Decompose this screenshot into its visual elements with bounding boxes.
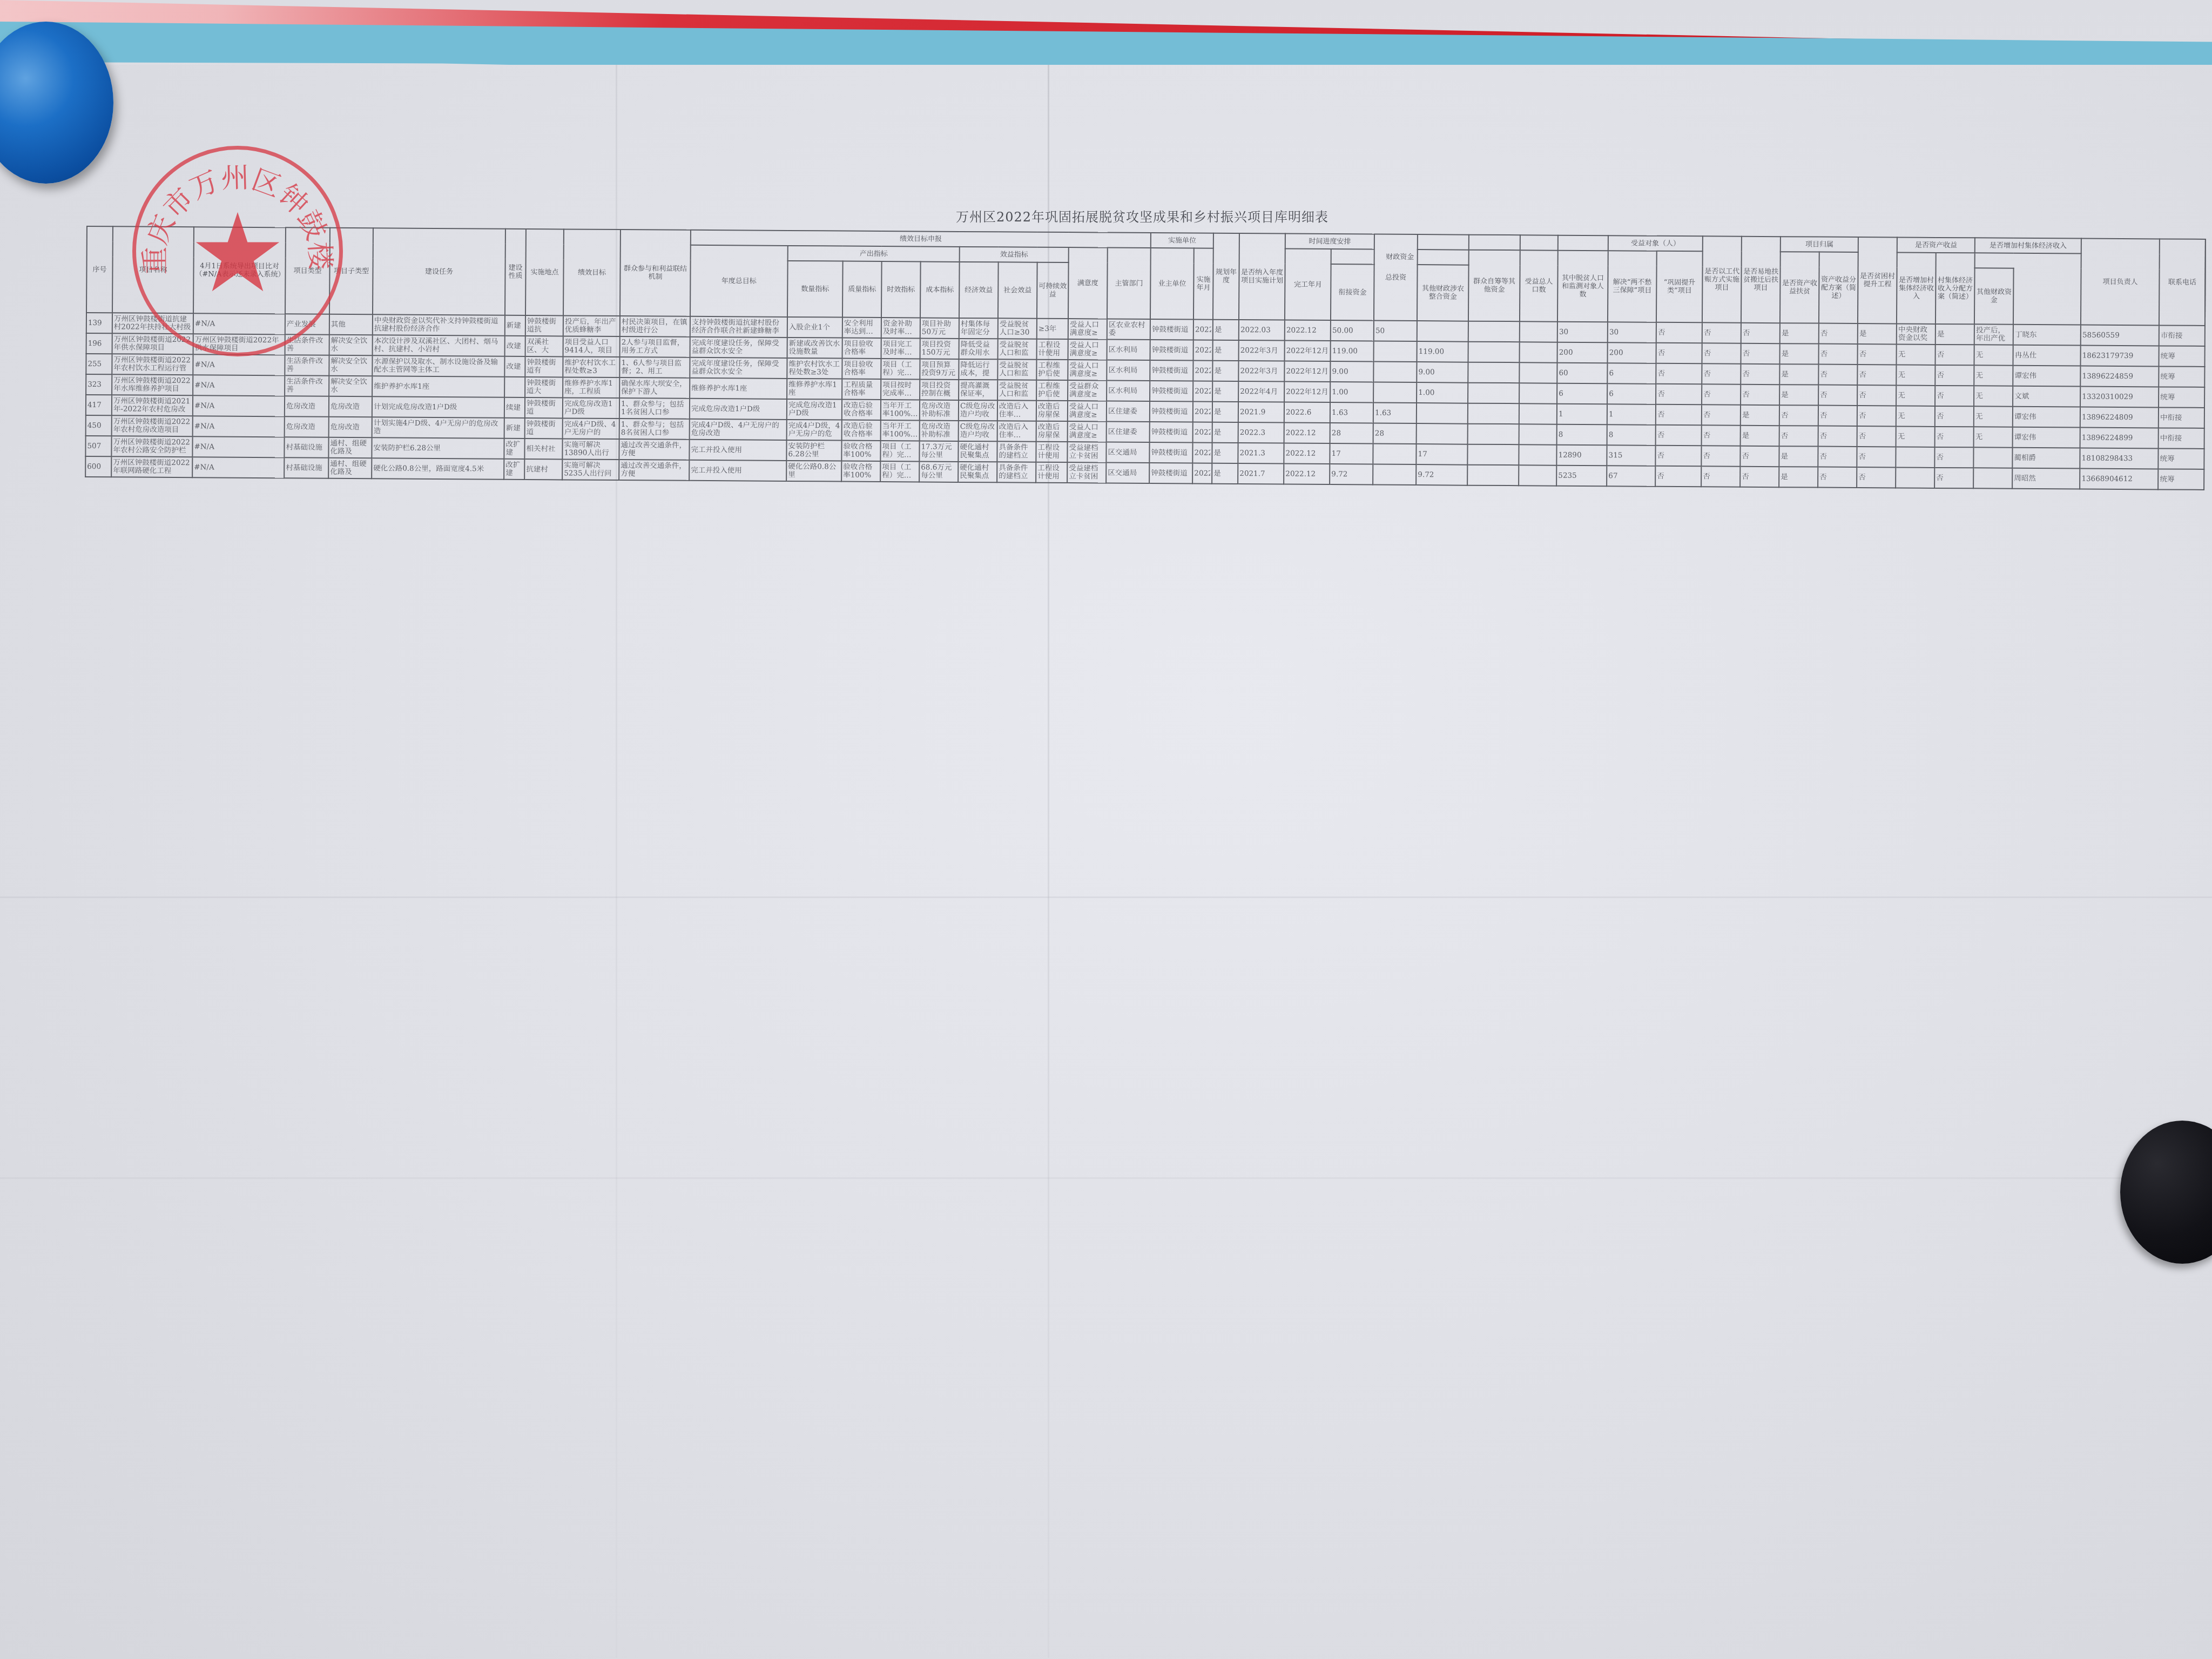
- cell-phone: 18623179739: [2081, 346, 2159, 367]
- cell-text: 项目（工程）完成及: [882, 443, 918, 459]
- cell-text: 8: [1609, 431, 1654, 440]
- cell-text: 相关村社: [526, 444, 561, 453]
- cell-cost: 17.3万元每公里: [919, 441, 958, 461]
- cell-text: 谭宏伟: [2014, 413, 2079, 421]
- cell-text: 通过改善交通条件，方便: [621, 441, 687, 458]
- cell-text: 维修养护水库1座，工程质: [564, 379, 618, 396]
- cell-text: 项目验收合格率: [844, 361, 879, 377]
- cell-nature: 续建: [504, 397, 525, 418]
- cell-remark: 统筹: [2159, 366, 2204, 387]
- cell-annual-goal: 完工并投入使用: [689, 460, 786, 481]
- cell-collective-plan: 投产后，年出产优: [1974, 324, 2013, 345]
- cell-text: 1、群众参与；包括8名贫困人口参: [621, 421, 688, 437]
- cell-other-fiscal: [1468, 383, 1519, 404]
- cell-work-relief: 否: [1656, 343, 1702, 364]
- cell-end: 2022.12: [1284, 423, 1330, 444]
- cell-text: 9.00: [1418, 368, 1466, 377]
- cell-text: 否: [1743, 329, 1778, 337]
- cell-end: 2022年12月: [1285, 341, 1331, 362]
- cell-owner: 钟鼓楼街道: [1150, 319, 1193, 340]
- cell-text: 否: [1742, 452, 1778, 460]
- cell-text: [1469, 475, 1517, 476]
- cell-direct: [1373, 464, 1416, 485]
- cell-text: 改造后房屋保: [1038, 423, 1066, 440]
- cell-total-people: 1: [1557, 404, 1607, 425]
- cell-economic: 村集体每年固定分: [959, 318, 998, 339]
- cell-text: 完成年度建设任务，保障受益群众饮水安全: [691, 360, 785, 376]
- cell-economic: C级危房改造户均收: [959, 400, 997, 421]
- cell-goal: 完成危房改造1户D级: [563, 397, 619, 419]
- cell-text: 13320310029: [2082, 393, 2157, 401]
- cell-annual-goal: 完成4户D级、4户无房户的危房改造: [690, 419, 787, 440]
- cell-timeliness: 项目完工及时率100%: [881, 338, 920, 359]
- cell-sustainable: 改造后房屋保: [1036, 401, 1068, 421]
- cell-timeliness: 项目按时完成率100%: [881, 379, 920, 400]
- col-header-village-improve: 是否贫困村提升工程: [1858, 237, 1897, 323]
- cell-self-raised: [1520, 321, 1557, 342]
- cell-text: 受益脱贫人口和监: [1000, 341, 1035, 357]
- cell-text: 否: [1743, 349, 1778, 358]
- cell-text: 否: [1858, 474, 1894, 482]
- cell-text: 钟鼓楼街道: [1151, 428, 1191, 436]
- cell-text: 受益人口满意度≥: [1070, 321, 1105, 337]
- cell-asset-plan: 无: [1896, 406, 1935, 426]
- cell-quality: 验收合格率100%: [841, 461, 880, 482]
- cell-goal: 维修养护水库1座，工程质: [563, 377, 619, 398]
- cell-integrated: 1.00: [1417, 382, 1468, 403]
- cell-subtype: 危房改造: [329, 417, 372, 437]
- cell-start: 2022.03: [1239, 320, 1285, 341]
- group-header-project-attr: 项目归属: [1781, 237, 1858, 252]
- cell-text: 村基础设施: [286, 443, 327, 451]
- cell-text: 否: [1781, 412, 1817, 420]
- cell-manager: 谭宏伟: [2013, 427, 2080, 448]
- cell-text: 无: [1898, 350, 1934, 359]
- cell-integrated: 9.00: [1417, 362, 1468, 383]
- cell-text: 钟鼓楼街道: [1151, 449, 1191, 457]
- cell-text: 钟鼓楼街道: [527, 420, 561, 436]
- cell-text: 新建: [507, 321, 524, 329]
- col-header-dept: 主管部门: [1107, 248, 1151, 319]
- col-header-timeliness: 时效指标: [881, 261, 921, 318]
- cell-text: 完成4户D级、4户无房户的: [564, 420, 618, 437]
- cell-collective-plan: 无: [1974, 427, 2013, 447]
- cell-quality: 改造后验收合格率: [842, 420, 881, 441]
- cell-text: 2022.6: [1286, 408, 1328, 416]
- cell-type: 村基础设施: [284, 437, 328, 458]
- cell-satisfaction: 受益群众满意度≥: [1068, 380, 1107, 401]
- cell-text: 2022年12月: [1286, 367, 1328, 375]
- cell-is-asset: 否: [1857, 426, 1896, 447]
- cell-task: 维护养护水库1座: [372, 376, 504, 397]
- group-header-fiscal: 财政资金: [1331, 249, 1469, 265]
- cell-text: 否: [1859, 412, 1894, 420]
- cell-text: 否: [1820, 412, 1856, 420]
- cell-is-asset: 否: [1857, 385, 1896, 406]
- cell-text: 6: [1609, 390, 1654, 399]
- cell-goal: 投产后，年出产优质蜂糖李: [563, 315, 620, 336]
- cell-seq: 255: [86, 354, 112, 374]
- cell-text: 2022: [1195, 387, 1211, 395]
- col-header-type: 项目类型: [285, 227, 330, 314]
- cell-text: 否: [1658, 328, 1701, 336]
- cell-text: 否: [1657, 472, 1700, 480]
- cell-text: 蔺相爵: [2014, 454, 2079, 462]
- cell-end: 2022.12: [1284, 443, 1330, 464]
- cell-seq: 507: [85, 436, 111, 456]
- col-header-in-plan: 是否纳入年度项目实施计划: [1239, 233, 1285, 320]
- cell-is-asset: 否: [1857, 447, 1896, 467]
- cell-text: 受益脱贫人口和监: [999, 382, 1035, 398]
- col-header-mechanism: 群众参与和利益联结机制: [620, 230, 691, 316]
- cell-text: 2022: [1195, 449, 1211, 457]
- cell-text: 万州区钟鼓楼街道2022年供水保障项目: [114, 335, 192, 352]
- cell-text: 钟鼓楼街道: [1151, 387, 1191, 395]
- cell-text: 万州区钟鼓楼街道抗建村2022年扶持壮大村级: [114, 315, 192, 332]
- cell-text: 1: [1559, 410, 1606, 419]
- cell-text: 区交通局: [1108, 469, 1148, 477]
- cell-quantity: 入股企业1个: [787, 317, 842, 338]
- cell-relocation: 否: [1701, 446, 1740, 466]
- cell-task: 安装防护栏6.28公里: [372, 437, 504, 458]
- cell-text: 通过改善交通条件，方便: [621, 462, 687, 478]
- cell-text: 维护农村饮水工程处数≥3: [564, 359, 618, 375]
- cell-text: 68.6万元每公里: [921, 463, 956, 480]
- cell-text: 解决安全饮水: [331, 358, 370, 374]
- cell-text: 维护农村饮水工程处数≥3处: [788, 360, 840, 377]
- cell-text: 无: [1898, 392, 1933, 400]
- cell-text: 600: [87, 463, 110, 471]
- cell-sustainable: 工程设计使用: [1036, 462, 1067, 483]
- cell-text: 中央财政资金以奖代补支持钟鼓楼街道抗建村股份经济合作: [374, 316, 503, 333]
- cell-text: 2021.7: [1239, 470, 1282, 478]
- cell-integrated: [1417, 403, 1468, 424]
- cell-name: 万州区钟鼓楼街道抗建村2022年扶持壮大村级: [112, 313, 193, 334]
- cell-is-asset: 是: [1858, 323, 1897, 344]
- cell-remark: 中衔接: [2159, 428, 2204, 449]
- cell-text: 验收合格率100%: [843, 443, 879, 459]
- cell-text: 钟鼓楼街道: [1151, 408, 1191, 416]
- cell-self-raised: [1519, 362, 1557, 383]
- cell-text: 否: [1820, 432, 1856, 440]
- cell-mechanism: 1、群众参与；包括1名贫困人口参: [619, 398, 690, 419]
- cell-text: 是: [1937, 330, 1973, 338]
- cell-manager: 冉丛仕: [2013, 345, 2081, 366]
- cell-text: 否: [1937, 453, 1972, 461]
- cell-text: 28: [1332, 429, 1372, 437]
- cell-satisfaction: 受益建档立卡贫困: [1067, 442, 1106, 462]
- cell-text: 323: [87, 381, 110, 389]
- cell-total-people: 5235: [1556, 466, 1607, 487]
- cell-text: 项目验收合格率: [844, 340, 880, 356]
- col-header-owner: 业主单位: [1150, 248, 1194, 319]
- cell-owner: 钟鼓楼街道: [1150, 360, 1193, 381]
- cell-text: 450: [87, 422, 110, 430]
- cell-text: 维护养护水库1座: [374, 382, 503, 391]
- cell-integrated: [1417, 423, 1468, 444]
- cell-social: 受益脱贫人口和监: [997, 359, 1036, 380]
- cell-text: 硬化通村民聚集点: [960, 464, 995, 480]
- cell-text: 双溪社区、大: [527, 338, 562, 354]
- cell-text: 是: [1782, 350, 1817, 358]
- col-header-phone: 联系电话: [2159, 239, 2206, 326]
- cell-satisfaction: 受益人口满意度≥: [1068, 421, 1107, 442]
- cell-remark: 统筹: [2159, 346, 2205, 367]
- cell-text: 否: [1703, 452, 1739, 460]
- col-header-two-guarantees: 解决“两不愁三保障”项目: [1608, 251, 1657, 322]
- cell-text: 受益群众满意度≥: [1069, 382, 1105, 399]
- cell-text: 是: [1781, 370, 1817, 379]
- cell-text: 否: [1704, 329, 1739, 337]
- cell-text: 村基础设施: [286, 464, 327, 472]
- cell-integrated: 17: [1416, 444, 1467, 465]
- cell-text: 1.63: [1332, 409, 1372, 417]
- cell-text: 完成危房改造1户D级: [564, 400, 618, 416]
- cell-timeliness: 项目（工程）完成及: [880, 461, 919, 482]
- cell-text: 否: [1703, 390, 1739, 399]
- cell-other-fiscal: [1468, 403, 1519, 424]
- cell-text: 否: [1742, 370, 1778, 378]
- cell-text: 否: [1781, 432, 1817, 440]
- cell-total-people: 30: [1557, 322, 1608, 343]
- cell-dept: 区农业农村委: [1107, 319, 1150, 340]
- cell-text: 8: [1559, 430, 1606, 439]
- cell-quality: 项目验收合格率: [842, 359, 881, 379]
- cell-text: 2022年12月: [1286, 347, 1329, 355]
- cell-is-collective: 否: [1935, 427, 1974, 447]
- cell-plan-year: 2022: [1193, 422, 1212, 443]
- cell-text: 否: [1657, 390, 1700, 398]
- cell-text: 无: [1898, 412, 1933, 420]
- cell-consolidate: 是: [1780, 323, 1819, 343]
- cell-plan-year: 2022: [1192, 463, 1212, 484]
- cell-collective-plan: 无: [1974, 365, 2013, 386]
- cell-mechanism: 通过改善交通条件，方便: [619, 439, 689, 460]
- cell-is-collective: 否: [1935, 406, 1974, 427]
- cell-text: 1.63: [1375, 409, 1415, 417]
- cell-cost: 项目补助50万元: [920, 318, 959, 338]
- cell-asset-plan: 无: [1896, 365, 1935, 385]
- cell-in-plan: 是: [1212, 463, 1238, 484]
- cell-two-guarantees: 是: [1741, 426, 1779, 446]
- cell-asset-plan: 无: [1896, 385, 1935, 406]
- cell-other-fiscal: [1467, 465, 1519, 486]
- col-header-social: 社会效益: [998, 262, 1037, 318]
- cell-manager: 蔺相爵: [2013, 448, 2080, 469]
- cell-timeliness: 项目（工程）完成及: [881, 359, 920, 379]
- cell-text: [1469, 393, 1518, 394]
- cell-text: 项目完工及时率100%: [883, 340, 919, 356]
- cell-relocation: 否: [1702, 322, 1741, 343]
- cell-text: 改建: [507, 342, 524, 350]
- cell-location: 钟鼓楼街道大: [525, 377, 563, 397]
- cell-mechanism: 通过改善交通条件，方便: [619, 460, 689, 481]
- cell-end: 2022年12月: [1284, 361, 1330, 382]
- cell-nature: 改扩建: [504, 459, 524, 480]
- cell-consolidate: 是: [1779, 385, 1818, 405]
- cell-text: 否: [1658, 349, 1701, 357]
- cell-text: 255: [87, 360, 110, 368]
- cell-village-improve: 否: [1818, 447, 1857, 467]
- cell-total: 1.00: [1330, 382, 1373, 402]
- cell-text: 续建: [506, 403, 523, 412]
- cell-other-fiscal: [1468, 362, 1519, 383]
- cell-economic: 硬化通村民聚集点: [958, 462, 997, 482]
- cell-direct: [1373, 382, 1417, 403]
- cell-compare: 万州区钟鼓楼街道2022年供水保障项目: [193, 334, 285, 355]
- col-header-collective-plan: 村集体经济收入分配方案（简述）: [1935, 253, 1975, 324]
- cell-poor-people: 1: [1607, 404, 1656, 425]
- cell-work-relief: 否: [1655, 446, 1701, 467]
- cell-quantity: 硬化公路0.8公里: [786, 461, 841, 482]
- cell-text: 万州区钟鼓楼街道2022年水库维修养护项目: [113, 376, 191, 393]
- cell-type: 危房改造: [285, 416, 329, 437]
- cell-text: 119.00: [1419, 348, 1467, 356]
- cell-nature: 改扩建: [504, 439, 524, 459]
- cell-text: 区交通局: [1108, 448, 1148, 456]
- cell-text: 区水利局: [1108, 387, 1148, 395]
- cell-subtype: 解决安全饮水: [329, 335, 373, 355]
- cell-text: 是: [1214, 408, 1237, 416]
- cell-annual-goal: 完成危房改造1户D级: [690, 399, 787, 420]
- cell-text: 中衔接: [2160, 414, 2203, 422]
- cell-text: 67: [1608, 472, 1654, 481]
- cell-text: 是: [1782, 329, 1817, 338]
- cell-text: 5235: [1558, 471, 1605, 480]
- col-header-task: 建设任务: [373, 228, 505, 315]
- cell-end: 2022.12: [1284, 464, 1330, 485]
- cell-text: 315: [1609, 451, 1654, 460]
- cell-plan-year: 2022: [1193, 320, 1213, 340]
- cell-in-plan: 是: [1213, 340, 1239, 361]
- cell-is-collective: 否: [1935, 386, 1974, 406]
- cell-work-relief: 否: [1656, 322, 1702, 343]
- cell-total: 1.63: [1330, 402, 1373, 423]
- cell-mechanism: 2人参与项目监督，用务工方式: [620, 336, 690, 358]
- cell-text: 项目受益人口9414人，项目: [565, 338, 618, 355]
- cell-text: 完成4户D级、4户无房户的危房改造: [691, 421, 785, 438]
- cell-social: 具备条件的建档立: [997, 462, 1036, 482]
- cell-sustainable: 工程设计使用: [1036, 442, 1067, 462]
- cell-start: 2021.9: [1238, 402, 1284, 423]
- cell-text: 28: [1375, 429, 1415, 437]
- cell-total: 9.00: [1330, 361, 1373, 382]
- cell-text: 新建: [506, 424, 523, 432]
- cell-self-raised: [1519, 424, 1557, 444]
- cell-text: 投产后，年出产优质蜂糖李: [565, 318, 618, 334]
- cell-text: 否: [1937, 371, 1972, 379]
- cell-nature: 改建: [505, 336, 525, 356]
- col-header-start: 实施年月: [1193, 248, 1213, 320]
- cell-owner: 钟鼓楼街道: [1150, 381, 1193, 401]
- cell-total: 28: [1330, 423, 1373, 443]
- cell-economic: 硬化通村民聚集点: [958, 441, 997, 462]
- cell-dept: 区交通局: [1106, 463, 1149, 483]
- cell-text: 统筹: [2160, 475, 2202, 483]
- cell-text: 项目预算投资9万元: [921, 361, 957, 377]
- cell-text: 万州区钟鼓楼街道2022年农村公路安全防护栏: [113, 438, 191, 455]
- cell-work-relief: 否: [1656, 384, 1702, 405]
- cell-text: 当年开工率100%；一年: [882, 422, 918, 439]
- cell-owner: 钟鼓楼街道: [1149, 442, 1192, 463]
- cell-text: 17: [1332, 450, 1372, 458]
- cell-type: 生活条件改善: [285, 355, 329, 376]
- cell-task: 中央财政资金以奖代补支持钟鼓楼街道抗建村股份经济合作: [373, 314, 505, 335]
- cell-in-plan: 是: [1212, 443, 1238, 463]
- cell-social: 受益脱贫人口和监: [997, 380, 1036, 400]
- cell-text: 2022: [1195, 428, 1211, 436]
- cell-text: [1470, 352, 1518, 353]
- cell-text: 钟鼓楼街道大: [527, 379, 561, 395]
- cell-text: 水源保护以及取水、制水设施设备及输配水主管网等主体工: [374, 358, 503, 374]
- cell-text: 1.00: [1332, 388, 1372, 396]
- cell-text: C级危房改造户均收: [960, 423, 996, 439]
- cell-text: 无: [1975, 413, 2011, 421]
- cell-text: 钟鼓楼街道: [1151, 469, 1191, 477]
- cell-goal: 完成4户D级、4户无房户的: [563, 418, 619, 439]
- cell-total: 119.00: [1331, 341, 1374, 361]
- cell-nature: [504, 377, 525, 397]
- cell-end: 2022.6: [1284, 402, 1330, 423]
- cell-text: 万州区钟鼓楼街道2022年农村危房改造项目: [113, 417, 191, 434]
- cell-text: #N/A: [195, 320, 284, 328]
- cell-text: 否: [1657, 369, 1700, 377]
- cell-annual-goal: 完工并投入使用: [689, 440, 786, 461]
- cell-text: 9.72: [1331, 470, 1371, 478]
- cell-quality: 验收合格率100%: [841, 441, 880, 461]
- cell-start: 2022年3月: [1239, 340, 1285, 361]
- cell-phone: 13320310029: [2080, 387, 2159, 408]
- cell-text: 200: [1609, 349, 1655, 358]
- col-header-nature: 建设性质: [505, 229, 526, 315]
- cell-direct: [1373, 362, 1417, 382]
- cell-social: 受益脱贫人口≥30: [998, 318, 1037, 339]
- cell-text: 受益人口满意度≥: [1069, 423, 1105, 440]
- cell-location: 钟鼓楼街道: [525, 397, 563, 418]
- cell-goal: 实施可解决5235人出行问: [562, 459, 619, 480]
- cell-text: 生活条件改善: [287, 336, 328, 353]
- cell-poor-people: 315: [1607, 445, 1655, 466]
- cell-text: 否: [1820, 453, 1856, 461]
- cell-integrated: 9.72: [1416, 464, 1467, 485]
- cell-text: 投产后，年出产优: [1976, 326, 2012, 342]
- cell-plan-year: 2022: [1193, 361, 1212, 381]
- col-header-total-people: 受益总人口数: [1520, 250, 1558, 321]
- cell-quantity: 完成危房改造1户D级: [787, 399, 842, 420]
- cell-social: 具备条件的建档立: [997, 441, 1036, 462]
- col-header-sustainable: 可持续效益: [1037, 262, 1069, 319]
- col-header-quantity: 数量指标: [787, 261, 843, 318]
- cell-poor-people: 6: [1607, 363, 1656, 384]
- cell-self-raised: [1519, 383, 1557, 403]
- cell-is-asset: 否: [1857, 365, 1896, 385]
- cell-phone: 13668904612: [2080, 469, 2158, 490]
- cell-text: 30: [1609, 328, 1655, 337]
- cell-text: 无: [1975, 392, 2011, 400]
- cell-remark: 统筹: [2159, 448, 2204, 469]
- group-header-benefit: 效益指标: [960, 247, 1069, 262]
- cell-relocation: 否: [1702, 404, 1741, 425]
- cell-text: 2021.3: [1240, 449, 1283, 457]
- cell-is-asset: 否: [1857, 467, 1896, 488]
- cell-text: 提高灌溉保证率，: [960, 382, 996, 398]
- cell-in-plan: 是: [1212, 381, 1238, 402]
- cell-end: 2022年12月: [1284, 382, 1330, 403]
- cell-text: 完工并投入使用: [691, 466, 785, 475]
- cell-text: 否: [1820, 329, 1856, 338]
- col-header-subtype: 项目子类型: [329, 228, 373, 314]
- cell-quality: 改造后验收合格率: [842, 400, 881, 420]
